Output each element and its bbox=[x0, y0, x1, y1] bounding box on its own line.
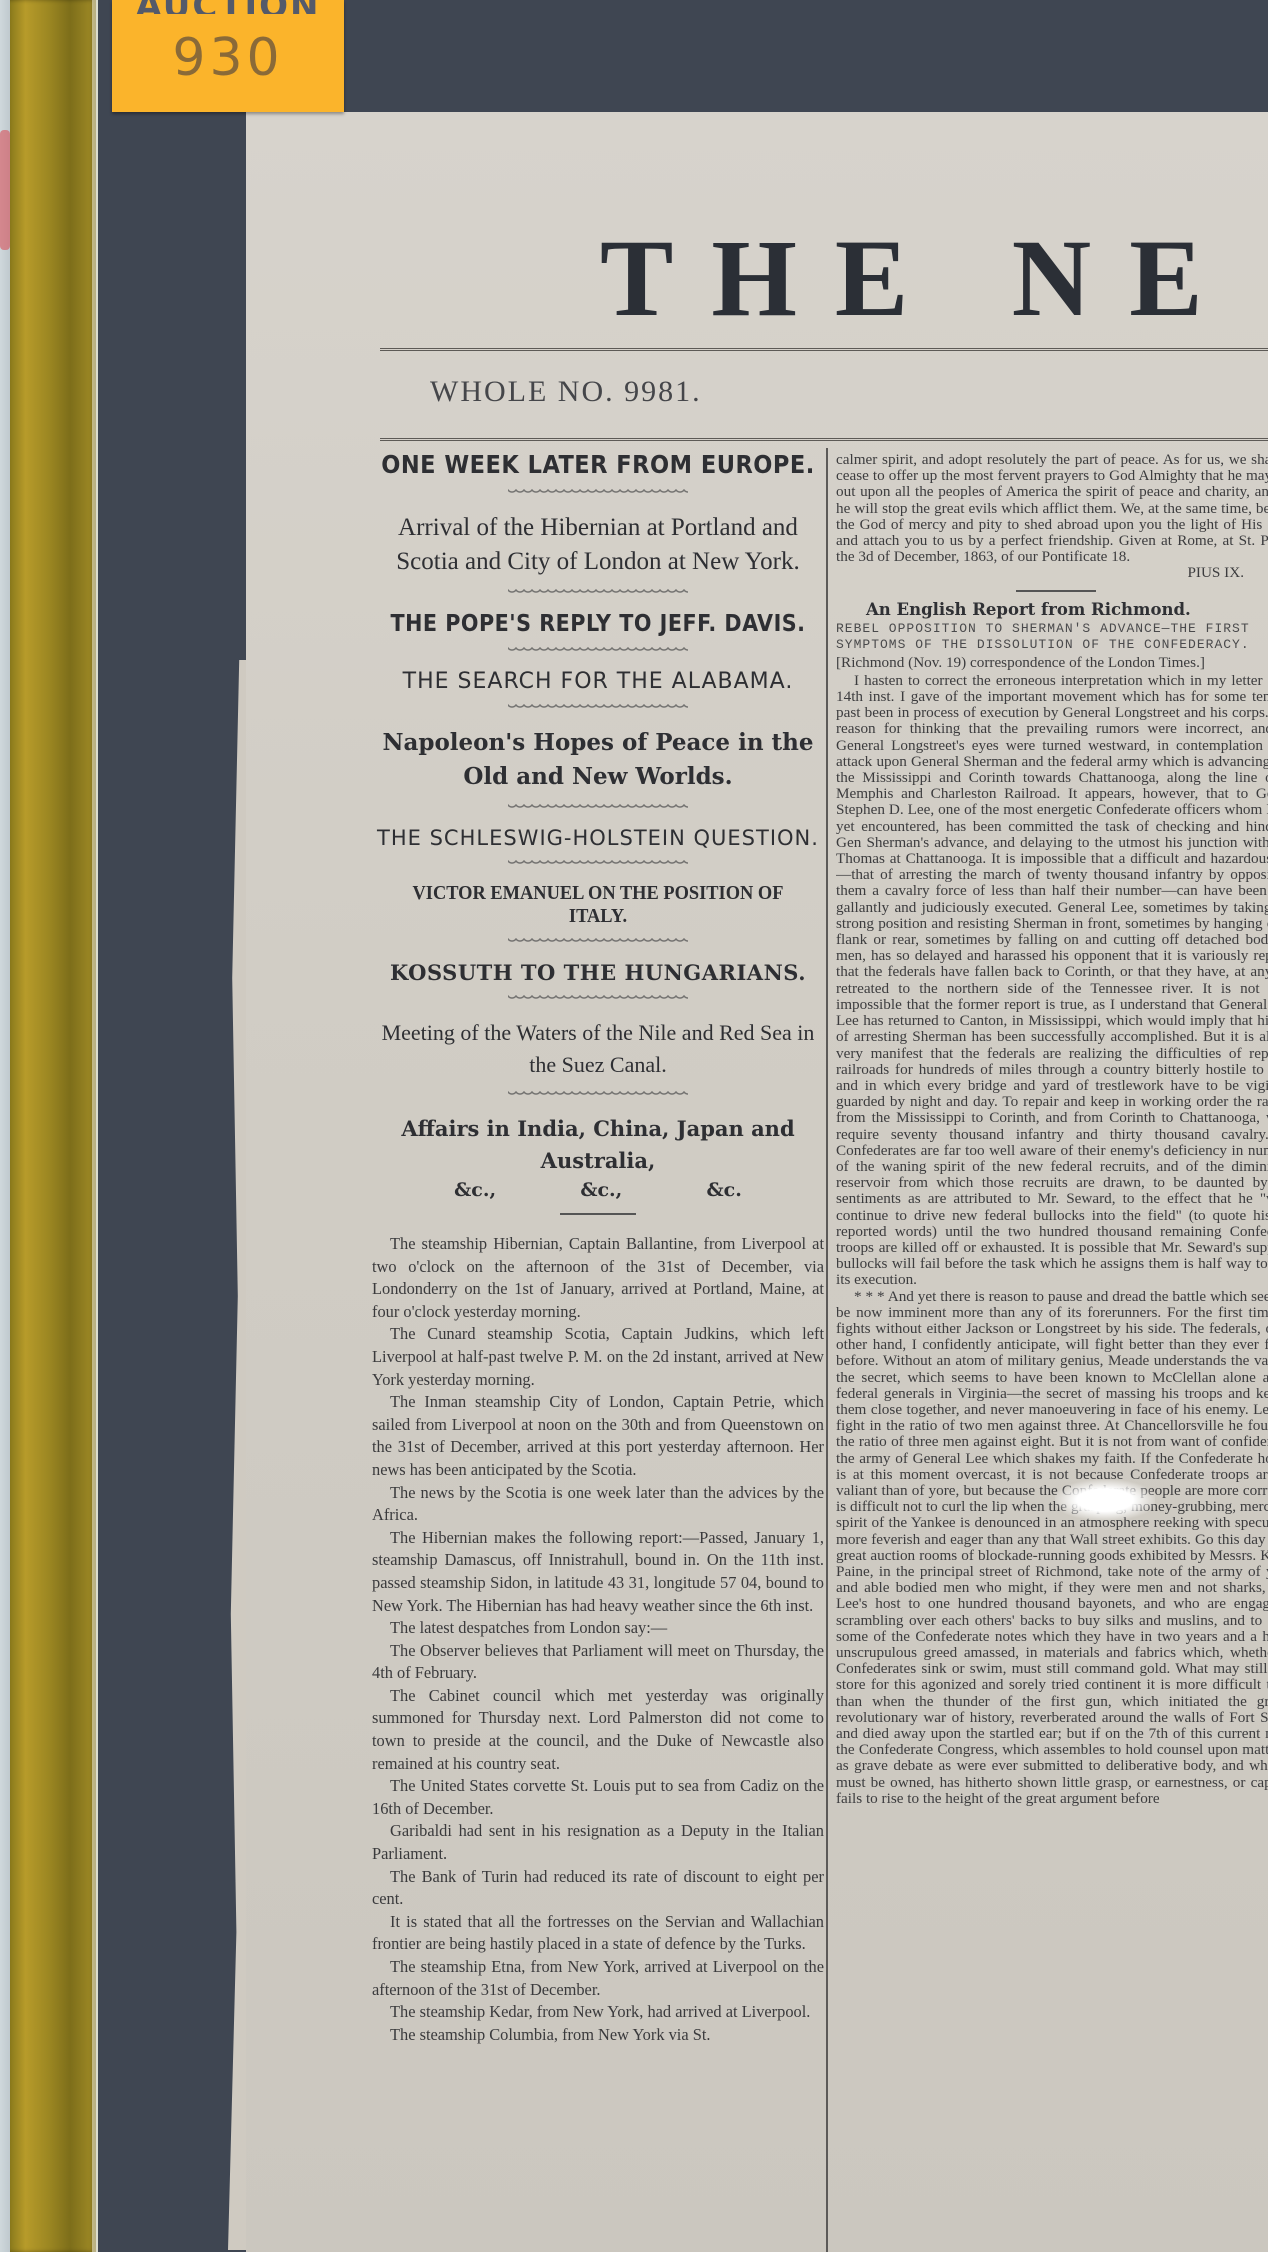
article-body: The steamship Hibernian, Captain Ballant… bbox=[372, 1233, 824, 2046]
whole-number: WHOLE NO. 9981. bbox=[430, 375, 702, 409]
headline: Arrival of the Hibernian at Portland and… bbox=[372, 511, 824, 579]
headline: Meeting of the Waters of the Nile and Re… bbox=[372, 1017, 824, 1081]
etc-mark: &c., bbox=[580, 1179, 622, 1201]
wavy-divider bbox=[508, 1091, 688, 1099]
lot-number: 930 bbox=[112, 28, 344, 88]
wavy-divider bbox=[508, 589, 688, 597]
headline: THE SEARCH FOR THE ALABAMA. bbox=[372, 669, 824, 694]
paragraph: The news by the Scotia is one week later… bbox=[372, 1482, 824, 1527]
paragraph: The steamship Kedar, from New York, had … bbox=[372, 2001, 824, 2024]
paragraph: The steamship Etna, from New York, arriv… bbox=[372, 1956, 824, 2001]
article-title: An English Report from Richmond. bbox=[836, 600, 1268, 619]
masthead-rule bbox=[380, 348, 1268, 354]
wavy-divider bbox=[508, 704, 688, 712]
headline: Napoleon's Hopes of Peace in the Old and… bbox=[372, 726, 824, 794]
paragraph: It is stated that all the fortresses on … bbox=[372, 1911, 824, 1956]
wavy-divider bbox=[508, 860, 688, 868]
gilt-frame bbox=[10, 0, 96, 2252]
paragraph: The United States corvette St. Louis put… bbox=[372, 1775, 824, 1820]
paragraph: The Hibernian makes the following report… bbox=[372, 1527, 824, 1617]
paragraph: calmer spirit, and adopt resolutely the … bbox=[836, 452, 1268, 565]
article-dateline: [Richmond (Nov. 19) correspondence of th… bbox=[836, 655, 1268, 671]
paragraph: The steamship Columbia, from New York vi… bbox=[372, 2024, 824, 2047]
wavy-divider bbox=[508, 804, 688, 812]
paragraph: The Cunard steamship Scotia, Captain Jud… bbox=[372, 1323, 824, 1391]
pope-letter-ending: calmer spirit, and adopt resolutely the … bbox=[836, 452, 1268, 582]
paragraph: Garibaldi had sent in his resignation as… bbox=[372, 1820, 824, 1865]
paragraph: The Observer believes that Parliament wi… bbox=[372, 1640, 824, 1685]
auction-lot-tag: AUCTION 930 bbox=[112, 0, 344, 112]
column-divider bbox=[826, 448, 828, 2252]
etc-mark: &c. bbox=[707, 1179, 742, 1201]
headline: THE POPE'S REPLY TO JEFF. DAVIS. bbox=[372, 611, 824, 637]
light-glare bbox=[1055, 1480, 1155, 1520]
wall-red-mark bbox=[0, 130, 10, 250]
headline: ONE WEEK LATER FROM EUROPE. bbox=[372, 450, 824, 479]
section-rule bbox=[560, 1213, 636, 1215]
dateline-rule bbox=[380, 438, 1268, 444]
paragraph: The latest despatches from London say:— bbox=[372, 1617, 824, 1640]
column-2: calmer spirit, and adopt resolutely the … bbox=[836, 452, 1268, 2252]
signature: PIUS IX. bbox=[836, 565, 1268, 581]
paragraph: The steamship Hibernian, Captain Ballant… bbox=[372, 1233, 824, 1323]
paragraph: The Cabinet council which met yesterday … bbox=[372, 1685, 824, 1775]
etc-line: &c., &c., &c. bbox=[372, 1179, 824, 1201]
newspaper-masthead: THE NE bbox=[600, 215, 1241, 342]
article-subtitle: REBEL OPPOSITION TO SHERMAN'S ADVANCE—TH… bbox=[836, 621, 1268, 653]
wavy-divider bbox=[508, 938, 688, 946]
paragraph: The Bank of Turin had reduced its rate o… bbox=[372, 1866, 824, 1911]
paragraph: The Inman steamship City of London, Capt… bbox=[372, 1391, 824, 1481]
wavy-divider bbox=[508, 995, 688, 1003]
paragraph: * * * And yet there is reason to pause a… bbox=[836, 1289, 1268, 1808]
headline: KOSSUTH TO THE HUNGARIANS. bbox=[372, 960, 824, 985]
column-1: ONE WEEK LATER FROM EUROPE. Arrival of t… bbox=[372, 450, 824, 2046]
headline: THE SCHLESWIG-HOLSTEIN QUESTION. bbox=[372, 826, 824, 850]
paragraph: I hasten to correct the erroneous interp… bbox=[836, 673, 1268, 1289]
headline: VICTOR EMANUEL ON THE POSITION OF ITALY. bbox=[390, 882, 806, 928]
article-body: I hasten to correct the erroneous interp… bbox=[836, 673, 1268, 1807]
auction-label: AUCTION bbox=[112, 0, 344, 14]
etc-mark: &c., bbox=[454, 1179, 496, 1201]
wavy-divider bbox=[508, 647, 688, 655]
wavy-divider bbox=[508, 489, 688, 497]
headline: Affairs in India, China, Japan and Austr… bbox=[372, 1113, 824, 1177]
section-rule bbox=[1016, 590, 1096, 592]
